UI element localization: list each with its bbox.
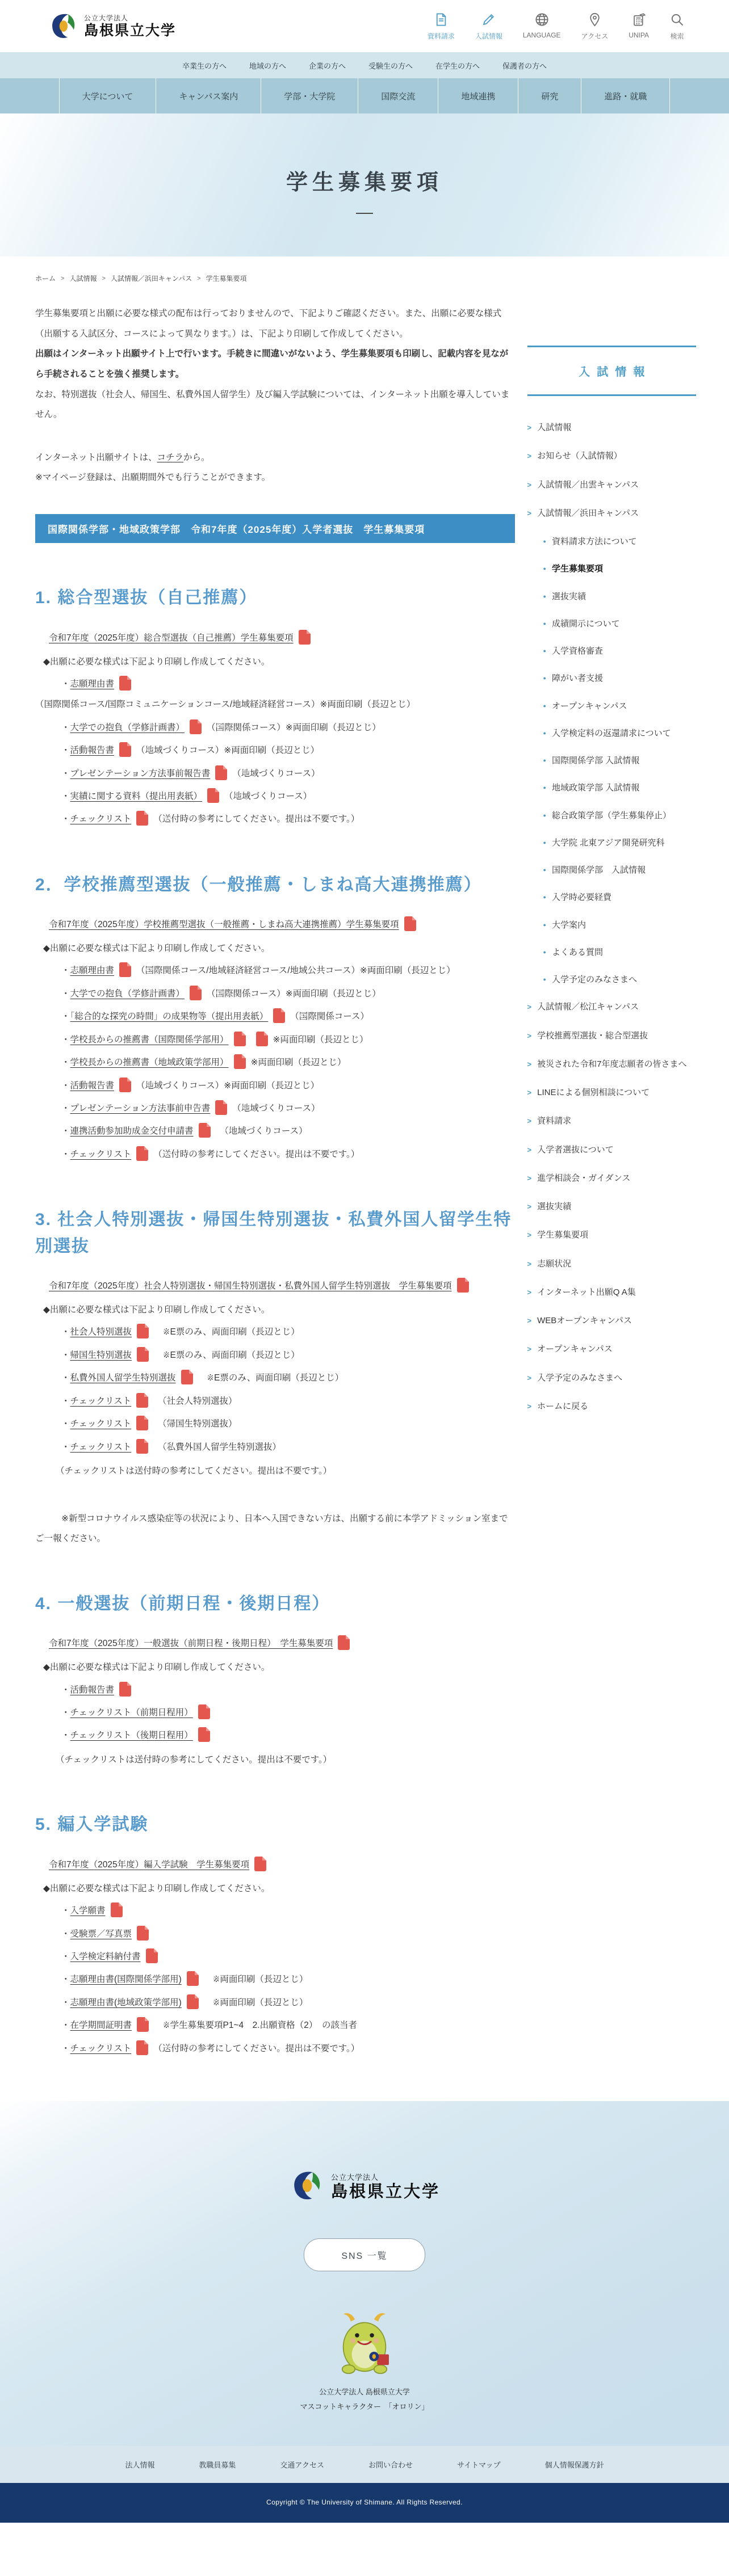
pdf-link[interactable]: 受験票／写真票	[70, 1929, 132, 1939]
footer-nav-item[interactable]: 個人情報保護方針	[545, 2459, 604, 2470]
sidebar-item: >WEBオープンキャンパス	[527, 1314, 696, 1327]
sidebar-item: ●地域政策学部 入試情報	[543, 781, 696, 794]
sidebar-link[interactable]: 資料請求	[537, 1114, 571, 1127]
chevron-right-icon: >	[527, 422, 532, 434]
footer-university-text: 島根県立大学	[331, 2182, 440, 2202]
pdf-link[interactable]: 活動報告書	[70, 746, 115, 755]
sidebar-link[interactable]: 選抜実績	[537, 1200, 571, 1213]
util-pencil[interactable]: 入試情報	[475, 12, 502, 41]
item-annotation: ※E票のみ、両面印刷（長辺とじ）	[154, 1327, 300, 1337]
item-annotation: （国際関係コース/地域経済経営コース/地域公共コース）※両面印刷（長辺とじ）	[136, 966, 455, 975]
sidebar-item: >オープンキャンパス	[527, 1342, 696, 1356]
pdf-link[interactable]: チェックリスト（後期日程用）	[70, 1731, 193, 1740]
pdf-icon	[136, 811, 148, 826]
item-annotation: ※E票のみ、両面印刷（長辺とじ）	[198, 1373, 344, 1383]
pdf-link-item: ・チェックリスト（送付時の参考にしてください。提出は不要です。）	[35, 809, 515, 830]
footer-corp-text: 公立大学法人	[331, 2171, 440, 2182]
section-heading: 4. 一般選抜（前期日程・後期日程）	[35, 1591, 515, 1618]
chevron-right-icon: >	[527, 451, 532, 462]
footer-nav-item[interactable]: 法人情報	[125, 2459, 154, 2470]
item-annotation: ※学生募集要項P1~4 2.出願資格（2） の該当者	[154, 2021, 357, 2030]
site-header: 公立大学法人 島根県立大学 資料請求入試情報LANGUAGEアクセスUNIPA検…	[0, 0, 729, 52]
sidebar-item: ●入学資格審査	[543, 645, 696, 658]
pdf-link-item: ・チェックリスト（前期日程用）	[35, 1703, 515, 1723]
item-annotation: （地域づくりコース）※両面印刷（長辺とじ）	[136, 746, 319, 755]
pdf-link-item: ・「総合的な探究の時間」の成果物等（提出用表紙）（国際関係コース）	[35, 1007, 515, 1027]
guidelines-link-line: 令和7年度（2025年度）総合型選抜（自己推薦）学生募集要項	[35, 629, 515, 648]
section-5: 5. 編入学試験令和7年度（2025年度）編入学試験 学生募集要項◆出願に必要な…	[35, 1812, 515, 2059]
sidebar-item: >LINEによる個別相談について	[527, 1086, 696, 1099]
pdf-icon	[146, 1948, 158, 1963]
sidebar-item: >入試情報／浜田キャンパス	[527, 507, 696, 520]
print-note: ◆出願に必要な様式は下記より印刷し作成してください。	[35, 653, 515, 672]
pdf-link[interactable]: 連携活動参加助成金交付申請書	[70, 1126, 194, 1136]
subnav-item[interactable]: 企業の方へ	[309, 60, 346, 71]
pdf-link-item: ・志願理由書（国際関係コース/地域経済経営コース/地域公共コース）※両面印刷（長…	[35, 961, 515, 981]
footer-nav-item[interactable]: 教職員募集	[199, 2459, 236, 2470]
pdf-link[interactable]: チェックリスト（前期日程用）	[70, 1708, 193, 1718]
sidebar-link[interactable]: 入試情報／浜田キャンパス	[537, 507, 639, 520]
pdf-icon	[137, 1324, 149, 1338]
pdf-link-item: ・学校長からの推薦書（地域政策学部用）※両面印刷（長辺とじ）	[35, 1053, 515, 1073]
pdf-icon	[111, 1902, 123, 1917]
util-unipa[interactable]: UNIPA	[629, 12, 649, 41]
pdf-icon	[119, 1682, 131, 1697]
pdf-link-item: ・志願理由書(地域政策学部用) ※両面印刷（長辺とじ）	[35, 1993, 515, 2013]
sidebar-item: >ホームに戻る	[527, 1400, 696, 1413]
guidelines-link-line: 令和7年度（2025年度）一般選抜（前期日程・後期日程） 学生募集要項	[35, 1634, 515, 1653]
bullet-icon: ●	[543, 730, 546, 740]
sidebar-item: ●学生募集要項	[543, 562, 696, 575]
chevron-right-icon: >	[527, 1201, 532, 1213]
breadcrumb: ホーム>入試情報>入試情報／浜田キャンパス>学生募集要項	[0, 256, 729, 289]
pdf-link-item: ・チェックリスト（後期日程用）	[35, 1725, 515, 1746]
chevron-right-icon: >	[527, 1344, 532, 1356]
pdf-link-item: ・チェックリスト （私費外国人留学生特別選抜）	[35, 1437, 515, 1458]
pdf-link[interactable]: 学校長からの推薦書（国際関係学部用）	[70, 1035, 229, 1045]
util-map-pin[interactable]: アクセス	[581, 12, 609, 41]
chevron-right-icon: >	[527, 1401, 532, 1413]
pdf-link-item: ・大学での抱負（学修計画書）（国際関係コース）※両面印刷（長辺とじ）	[35, 718, 515, 738]
sidebar-link[interactable]: オープンキャンパス	[552, 700, 627, 713]
sidebar-link[interactable]: 入学検定料の返還請求について	[552, 727, 671, 740]
pdf-link-item: ・実績に関する資料（提出用表紙）（地域づくりコース）	[35, 786, 515, 807]
pdf-link-item: ・プレゼンテーション方法事前報告書（地域づくりコース）	[35, 764, 515, 784]
sidebar-item: ●よくある質問	[543, 946, 696, 959]
sidebar-item: ●総合政策学部（学生募集停止）	[543, 809, 696, 822]
internet-application-link[interactable]: コチラ	[157, 453, 184, 462]
sidebar-link[interactable]: ホームに戻る	[537, 1400, 588, 1413]
item-annotation: （国際関係コース）※両面印刷（長辺とじ）	[207, 989, 381, 999]
logo-university-text: 島根県立大学	[84, 23, 176, 39]
sidebar-item: >入試情報	[527, 421, 696, 434]
guidelines-pdf-link[interactable]: 令和7年度（2025年度）学校推薦型選抜（一般推薦・しまね高大連携推薦）学生募集…	[49, 920, 399, 929]
bullet-icon: ●	[543, 593, 546, 603]
search-icon	[669, 12, 685, 27]
sidebar-link[interactable]: 学生募集要項	[552, 562, 603, 575]
item-annotation: （送付時の参考にしてください。提出は不要です。）	[153, 2044, 359, 2053]
pdf-icon	[119, 742, 131, 757]
bullet-icon: ●	[543, 784, 546, 794]
guidelines-link-line: 令和7年度（2025年度）編入学試験 学生募集要項	[35, 1855, 515, 1875]
sidebar-link[interactable]: WEBオープンキャンパス	[537, 1314, 632, 1327]
sidebar-link[interactable]: 入試情報	[537, 421, 571, 434]
guidelines-link-line: 令和7年度（2025年度）学校推薦型選抜（一般推薦・しまね高大連携推薦）学生募集…	[35, 915, 515, 935]
main-column: 学生募集要項と出願に必要な様式の配布は行っておりませんので、下記よりご確認くださ…	[35, 304, 515, 2061]
document-icon	[433, 12, 449, 27]
subnav-item[interactable]: 在学生の方へ	[435, 60, 480, 71]
pdf-link[interactable]: 帰国生特別選抜	[70, 1350, 132, 1360]
pdf-link[interactable]: チェックリスト	[70, 1442, 132, 1452]
pdf-icon	[137, 2017, 149, 2032]
sidebar-item: ●国際関係学部 入試情報	[543, 754, 696, 767]
bullet-icon: ●	[543, 921, 546, 932]
pdf-link-item: ・プレゼンテーション方法事前申告書（地域づくりコース）	[35, 1098, 515, 1119]
chevron-right-icon: >	[527, 479, 532, 491]
pdf-link[interactable]: 志願理由書	[70, 966, 115, 975]
pdf-link[interactable]: 私費外国人留学生特別選抜	[70, 1373, 176, 1383]
intro-paragraph: 学生募集要項と出願に必要な様式の配布は行っておりませんので、下記よりご確認くださ…	[35, 304, 515, 344]
intro-text: 学生募集要項と出願に必要な様式の配布は行っておりませんので、下記よりご確認くださ…	[35, 304, 515, 488]
pdf-icon	[137, 1347, 149, 1362]
pdf-link-item: ・活動報告書（地域づくりコース）※両面印刷（長辺とじ）	[35, 740, 515, 761]
item-annotation: （私費外国人留学生特別選抜）	[153, 1442, 281, 1452]
chevron-right-icon: >	[527, 1230, 532, 1241]
pdf-link[interactable]: 入学願書	[70, 1906, 106, 1916]
pdf-link-item: ・連携活動参加助成金交付申請書 （地域づくりコース）	[35, 1121, 515, 1142]
pdf-icon	[137, 1926, 149, 1941]
section-heading: 3. 社会人特別選抜・帰国生特別選抜・私費外国人留学生特別選抜	[35, 1207, 515, 1260]
bullet-icon: ●	[543, 866, 546, 877]
pdf-icon	[119, 676, 131, 691]
pdf-icon	[119, 1077, 131, 1092]
section-heading: 1. 総合型選抜（自己推薦）	[35, 585, 515, 612]
bullet-icon: ●	[543, 976, 546, 986]
mainnav-item[interactable]: 進路・就職	[581, 78, 670, 113]
bullet-icon: ●	[543, 620, 546, 630]
sidebar-link[interactable]: 資料請求方法について	[552, 535, 637, 548]
sidebar-link[interactable]: 被災された令和7年度志願者の皆さまへ	[537, 1058, 686, 1071]
chevron-right-icon: >	[527, 1116, 532, 1127]
footer-logo[interactable]: 公立大学法人 島根県立大学	[0, 2168, 729, 2205]
sidebar-link[interactable]: お知らせ（入試情報）	[537, 449, 622, 462]
pdf-link[interactable]: 在学期間証明書	[70, 2021, 132, 2030]
pdf-link[interactable]: 入学検定料納付書	[70, 1952, 141, 1962]
sidebar-link[interactable]: 入試情報／出雲キャンパス	[537, 478, 639, 491]
sidebar-item: >お知らせ（入試情報）	[527, 449, 696, 462]
sidebar-link[interactable]: 入学資格審査	[552, 645, 603, 658]
util-document[interactable]: 資料請求	[428, 12, 455, 41]
footer-nav-item[interactable]: サイトマップ	[457, 2459, 501, 2470]
bullet-icon: ●	[543, 894, 546, 904]
pdf-link-item: ・学校長からの推薦書（国際関係学部用）※両面印刷（長辺とじ）	[35, 1030, 515, 1050]
sidebar-link[interactable]: 入学予定のみなさまへ	[552, 973, 637, 986]
breadcrumb-item[interactable]: ホーム	[35, 273, 56, 283]
mainnav-item[interactable]: 学部・大学院	[261, 78, 358, 113]
pdf-link[interactable]: チェックリスト	[70, 1419, 132, 1429]
breadcrumb-separator: >	[61, 275, 64, 282]
mainnav-item[interactable]: キャンパス案内	[156, 78, 261, 113]
pdf-link-item: ・大学での抱負（学修計画書）（国際関係コース）※両面印刷（長辺とじ）	[35, 984, 515, 1004]
util-search[interactable]: 検索	[669, 12, 685, 41]
pdf-icon	[299, 630, 311, 645]
sidebar-link[interactable]: 学生募集要項	[537, 1228, 588, 1241]
pdf-link[interactable]: 大学での抱負（学修計画書）	[70, 989, 185, 999]
guidelines-pdf-link[interactable]: 令和7年度（2025年度）編入学試験 学生募集要項	[49, 1860, 249, 1870]
sidebar-link[interactable]: 入学予定のみなさまへ	[537, 1371, 622, 1384]
sidebar-item: >インターネット出願Q A集	[527, 1286, 696, 1299]
pdf-link[interactable]: 志願理由書(国際関係学部用)	[70, 1975, 182, 1984]
guidelines-pdf-link[interactable]: 令和7年度（2025年度）社会人特別選抜・帰国生特別選抜・私費外国人留学生特別選…	[49, 1281, 452, 1291]
pdf-icon	[187, 1971, 199, 1986]
sidebar-link[interactable]: LINEによる個別相談について	[537, 1086, 650, 1099]
site-footer: 公立大学法人 島根県立大学 SNS 一覧 公立大学法人 島根県立大学 マスコット…	[0, 2101, 729, 2523]
logo-corp-text: 公立大学法人	[84, 13, 176, 23]
sidebar-item: ●成績開示について	[543, 617, 696, 630]
section-3: 3. 社会人特別選抜・帰国生特別選抜・私費外国人留学生特別選抜令和7年度（202…	[35, 1207, 515, 1549]
copyright-bar: Copyright © The University of Shimane. A…	[0, 2483, 729, 2523]
sidebar-link[interactable]: 学校推薦型選抜・総合型選抜	[537, 1029, 648, 1042]
section-2: 2．学校推薦型選抜（一般推薦・しまね高大連携推薦）令和7年度（2025年度）学校…	[35, 872, 515, 1165]
section-footnote: （チェックリストは送付時の参考にしてください。提出は不要です。）	[35, 1461, 515, 1481]
sidebar-item: >資料請求	[527, 1114, 696, 1127]
pdf-link-item: ・入学願書	[35, 1901, 515, 1921]
pdf-icon	[136, 1146, 148, 1161]
bullet-icon: ●	[543, 675, 546, 685]
sidebar-item: >被災された令和7年度志願者の皆さまへ	[527, 1058, 696, 1071]
intro-paragraph: ※マイページ登録は、出願期間外でも行うことができます。	[35, 468, 515, 488]
pdf-link[interactable]: 学校長からの推薦書（地域政策学部用）	[70, 1058, 229, 1067]
guidelines-link-line: 令和7年度（2025年度）社会人特別選抜・帰国生特別選抜・私費外国人留学生特別選…	[35, 1277, 515, 1296]
sidebar-link[interactable]: 入学者選抜について	[537, 1143, 614, 1156]
sidebar-item: >学生募集要項	[527, 1228, 696, 1241]
item-annotation: ※E票のみ、両面印刷（長辺とじ）	[154, 1350, 300, 1360]
pdf-link-item: ・チェックリスト（送付時の参考にしてください。提出は不要です。）	[35, 2039, 515, 2059]
sidebar-link[interactable]: 入学時必要経費	[552, 891, 611, 904]
chevron-right-icon: >	[527, 1258, 532, 1270]
pdf-link[interactable]: 志願理由書	[70, 679, 115, 689]
pdf-link-item: ・チェックリスト （社会人特別選抜）	[35, 1391, 515, 1412]
pdf-icon	[338, 1635, 350, 1650]
pdf-link-item: ・志願理由書(国際関係学部用) ※両面印刷（長辺とじ）	[35, 1969, 515, 1990]
pdf-icon	[404, 916, 416, 931]
mainnav-item[interactable]: 地域連携	[438, 78, 518, 113]
pdf-icon	[254, 1857, 266, 1871]
pdf-icon	[136, 2040, 148, 2055]
pdf-link-item: ・受験票／写真票	[35, 1924, 515, 1944]
sidebar-item: >入学者選抜について	[527, 1143, 696, 1156]
chevron-right-icon: >	[527, 1030, 532, 1042]
pdf-icon	[207, 788, 219, 803]
item-annotation: （送付時の参考にしてください。提出は不要です。）	[153, 1150, 359, 1159]
pdf-link-item: ・チェックリスト （帰国生特別選抜）	[35, 1414, 515, 1434]
pdf-link[interactable]: チェックリスト	[70, 2044, 132, 2053]
pdf-link-item: ・入学検定料納付書	[35, 1947, 515, 1967]
bullet-icon: ●	[543, 702, 546, 713]
sidebar-link[interactable]: 入試情報／松江キャンパス	[537, 1000, 639, 1013]
pdf-icon	[136, 1439, 148, 1454]
admissions-banner: 国際関係学部・地域政策学部 令和7年度（2025年度）入学者選抜 学生募集要項	[35, 514, 515, 543]
bullet-icon: ●	[543, 647, 546, 658]
pdf-link[interactable]: 大学での抱負（学修計画書）	[70, 723, 185, 733]
guidelines-pdf-link[interactable]: 令和7年度（2025年度）一般選抜（前期日程・後期日程） 学生募集要項	[49, 1639, 333, 1648]
pdf-link-item: ・活動報告書（地域づくりコース）※両面印刷（長辺とじ）	[35, 1076, 515, 1096]
sidebar-link[interactable]: 国際関係学部 入試情報	[552, 754, 639, 767]
mainnav-item[interactable]: 大学について	[59, 78, 156, 113]
chevron-right-icon: >	[527, 1373, 532, 1384]
sidebar-link[interactable]: 進学相談会・ガイダンス	[537, 1172, 630, 1185]
sidebar-item: ●大学院 北東アジア開発研究科	[543, 836, 696, 849]
pdf-link[interactable]: 志願理由書(地域政策学部用)	[70, 1998, 182, 2007]
chevron-right-icon: >	[527, 1315, 532, 1327]
bullet-icon: ●	[543, 538, 546, 548]
pdf-link-item: ・私費外国人留学生特別選抜 ※E票のみ、両面印刷（長辺とじ）	[35, 1368, 515, 1388]
sidebar-link[interactable]: 総合政策学部（学生募集停止）	[552, 809, 671, 822]
chevron-right-icon: >	[527, 508, 532, 520]
pdf-link-item: ・社会人特別選抜 ※E票のみ、両面印刷（長辺とじ）	[35, 1322, 515, 1342]
pdf-link[interactable]: チェックリスト	[70, 1396, 132, 1406]
sidebar-link[interactable]: 大学院 北東アジア開発研究科	[552, 836, 665, 849]
pdf-link-item: ・在学期間証明書 ※学生募集要項P1~4 2.出願資格（2） の該当者	[35, 2015, 515, 2036]
pdf-icon	[187, 1994, 199, 2009]
pdf-icon	[273, 1008, 285, 1023]
section-footnote: （チェックリストは送付時の参考にしてください。提出は不要です。）	[35, 1750, 515, 1770]
pdf-link[interactable]: チェックリスト	[70, 814, 132, 824]
sidebar-item: ●国際関係学部 入試情報	[543, 864, 696, 877]
pdf-link[interactable]: プレゼンテーション方法事前申告書	[70, 1104, 211, 1113]
university-logo[interactable]: 公立大学法人 島根県立大学	[48, 11, 176, 41]
sidebar-item: >進学相談会・ガイダンス	[527, 1172, 696, 1185]
util-label: 資料請求	[428, 31, 455, 41]
sidebar-link[interactable]: 国際関係学部 入試情報	[552, 864, 646, 877]
sidebar-title-box: 入試情報	[527, 346, 696, 396]
footer-logo-icon	[289, 2168, 324, 2205]
sidebar-item: ●資料請求方法について	[543, 535, 696, 548]
pdf-icon	[457, 1278, 469, 1293]
sns-list-button[interactable]: SNS 一覧	[304, 2238, 425, 2271]
chevron-right-icon: >	[527, 1087, 532, 1099]
subnav-item[interactable]: 受験生の方へ	[368, 60, 413, 71]
print-note: ◆出願に必要な様式は下記より印刷し作成してください。	[35, 939, 515, 958]
pdf-link[interactable]: プレゼンテーション方法事前報告書	[70, 769, 211, 778]
pdf-link[interactable]: 活動報告書	[70, 1081, 115, 1091]
footer-nav-item[interactable]: お問い合わせ	[368, 2459, 413, 2470]
globe-icon	[534, 12, 550, 27]
pdf-link-item: ・志願理由書（国際関係コース/国際コミュニケーションコース/地域経済経営コース）…	[35, 674, 515, 715]
sidebar-link[interactable]: 大学案内	[552, 919, 586, 932]
pdf-link[interactable]: 社会人特別選抜	[70, 1327, 132, 1337]
sidebar-link[interactable]: オープンキャンパス	[537, 1342, 613, 1356]
subnav-item[interactable]: 保護者の方へ	[502, 60, 547, 71]
mainnav-item[interactable]: 国際交流	[358, 78, 438, 113]
sidebar-link[interactable]: 志願状況	[537, 1257, 571, 1270]
bullet-icon: ●	[543, 812, 546, 822]
bullet-icon: ●	[543, 565, 546, 575]
sidebar-link[interactable]: よくある質問	[552, 946, 603, 959]
sidebar-link[interactable]: 障がい者支援	[552, 672, 603, 685]
main-nav: 大学についてキャンパス案内学部・大学院国際交流地域連携研究進路・就職	[0, 78, 729, 113]
pdf-icon	[119, 962, 131, 977]
section-heading: 5. 編入学試験	[35, 1812, 515, 1838]
pdf-link[interactable]: 実績に関する資料（提出用表紙）	[70, 792, 203, 801]
util-label: 入試情報	[475, 31, 502, 41]
chevron-right-icon: >	[527, 1059, 532, 1071]
footer-nav-item[interactable]: 交通アクセス	[280, 2459, 324, 2470]
pdf-icon	[199, 1123, 211, 1138]
print-note: ◆出願に必要な様式は下記より印刷し作成してください。	[35, 1658, 515, 1677]
sidebar-item: >入試情報／松江キャンパス	[527, 1000, 696, 1013]
intro-paragraph: 出願はインターネット出願サイト上で行います。手続きに間違いがないよう、学生募集要…	[35, 344, 515, 384]
sidebar-item: ●選抜実績	[543, 590, 696, 603]
bullet-icon: ●	[543, 949, 546, 959]
chevron-right-icon: >	[527, 1001, 532, 1013]
page-title: 学生募集要項	[286, 165, 443, 196]
guidelines-pdf-link[interactable]: 令和7年度（2025年度）総合型選抜（自己推薦）学生募集要項	[49, 633, 294, 643]
util-label: 検索	[670, 31, 684, 41]
pdf-link[interactable]: 活動報告書	[70, 1685, 115, 1695]
util-label: LANGUAGE	[523, 31, 561, 39]
pdf-link-item: ・活動報告書	[35, 1680, 515, 1701]
bullet-icon: ●	[543, 757, 546, 767]
breadcrumb-item[interactable]: 入試情報／浜田キャンパス	[111, 273, 192, 283]
chevron-right-icon: >	[527, 1173, 532, 1185]
item-annotation: （送付時の参考にしてください。提出は不要です。）	[153, 814, 359, 824]
sidebar-item: >志願状況	[527, 1257, 696, 1270]
intro-paragraph: なお、特別選抜（社会人、帰国生、私費外国人留学生）及び編入学試験については、イン…	[35, 385, 515, 425]
print-note: ◆出願に必要な様式は下記より印刷し作成してください。	[35, 1300, 515, 1320]
pdf-link[interactable]: 「総合的な探究の時間」の成果物等（提出用表紙）	[70, 1012, 269, 1021]
util-globe[interactable]: LANGUAGE	[523, 12, 561, 41]
pdf-icon	[215, 765, 227, 780]
pdf-icon	[234, 1054, 246, 1069]
map-pin-icon	[587, 12, 602, 27]
subnav-item[interactable]: 卒業生の方へ	[182, 60, 227, 71]
mascot-caption: 公立大学法人 島根県立大学 マスコットキャラクター 「オロリン」	[0, 2385, 729, 2414]
sidebar-title: 入試情報	[527, 363, 696, 379]
header-utility-nav: 資料請求入試情報LANGUAGEアクセスUNIPA検索	[428, 12, 685, 41]
sidebar-item: ●大学案内	[543, 919, 696, 932]
page-hero: 学生募集要項	[0, 113, 729, 256]
subnav-item[interactable]: 地域の方へ	[249, 60, 286, 71]
pdf-link-item: ・帰国生特別選抜 ※E票のみ、両面印刷（長辺とじ）	[35, 1345, 515, 1366]
pdf-link-item: ・チェックリスト（送付時の参考にしてください。提出は不要です。）	[35, 1144, 515, 1165]
university-logo-icon	[48, 11, 78, 41]
sidebar-link[interactable]: 地域政策学部 入試情報	[552, 781, 639, 794]
section-1: 1. 総合型選抜（自己推薦）令和7年度（2025年度）総合型選抜（自己推薦）学生…	[35, 585, 515, 830]
sidebar-item: >選抜実績	[527, 1200, 696, 1213]
sidebar-item: ●入学時必要経費	[543, 891, 696, 904]
sidebar-link[interactable]: 成績開示について	[552, 617, 620, 630]
intro-paragraph: インターネット出願サイトは、コチラから。	[35, 448, 515, 468]
mascot-orolin-image	[333, 2308, 396, 2376]
unipa-icon	[631, 12, 647, 27]
pdf-icon	[198, 1727, 210, 1742]
print-note: ◆出願に必要な様式は下記より印刷し作成してください。	[35, 1879, 515, 1899]
breadcrumb-separator: >	[102, 275, 105, 282]
sidebar-link[interactable]: インターネット出願Q A集	[537, 1286, 636, 1299]
pencil-icon	[481, 12, 496, 27]
sidebar-item: ●入学予定のみなさまへ	[543, 973, 696, 986]
item-annotation: （地域づくりコース）※両面印刷（長辺とじ）	[136, 1081, 319, 1091]
pdf-link[interactable]: チェックリスト	[70, 1150, 132, 1159]
mainnav-item[interactable]: 研究	[518, 78, 581, 113]
title-underline	[356, 213, 373, 214]
breadcrumb-item[interactable]: 入試情報	[69, 273, 97, 283]
sidebar-item: ●オープンキャンパス	[543, 700, 696, 713]
section-footnote: ※新型コロナウイルス感染症等の状況により、日本へ入国できない方は、出願する前に本…	[35, 1509, 515, 1549]
sidebar-link[interactable]: 選抜実績	[552, 590, 586, 603]
content-area: 学生募集要項と出願に必要な様式の配布は行っておりませんので、下記よりご確認くださ…	[0, 289, 729, 2101]
